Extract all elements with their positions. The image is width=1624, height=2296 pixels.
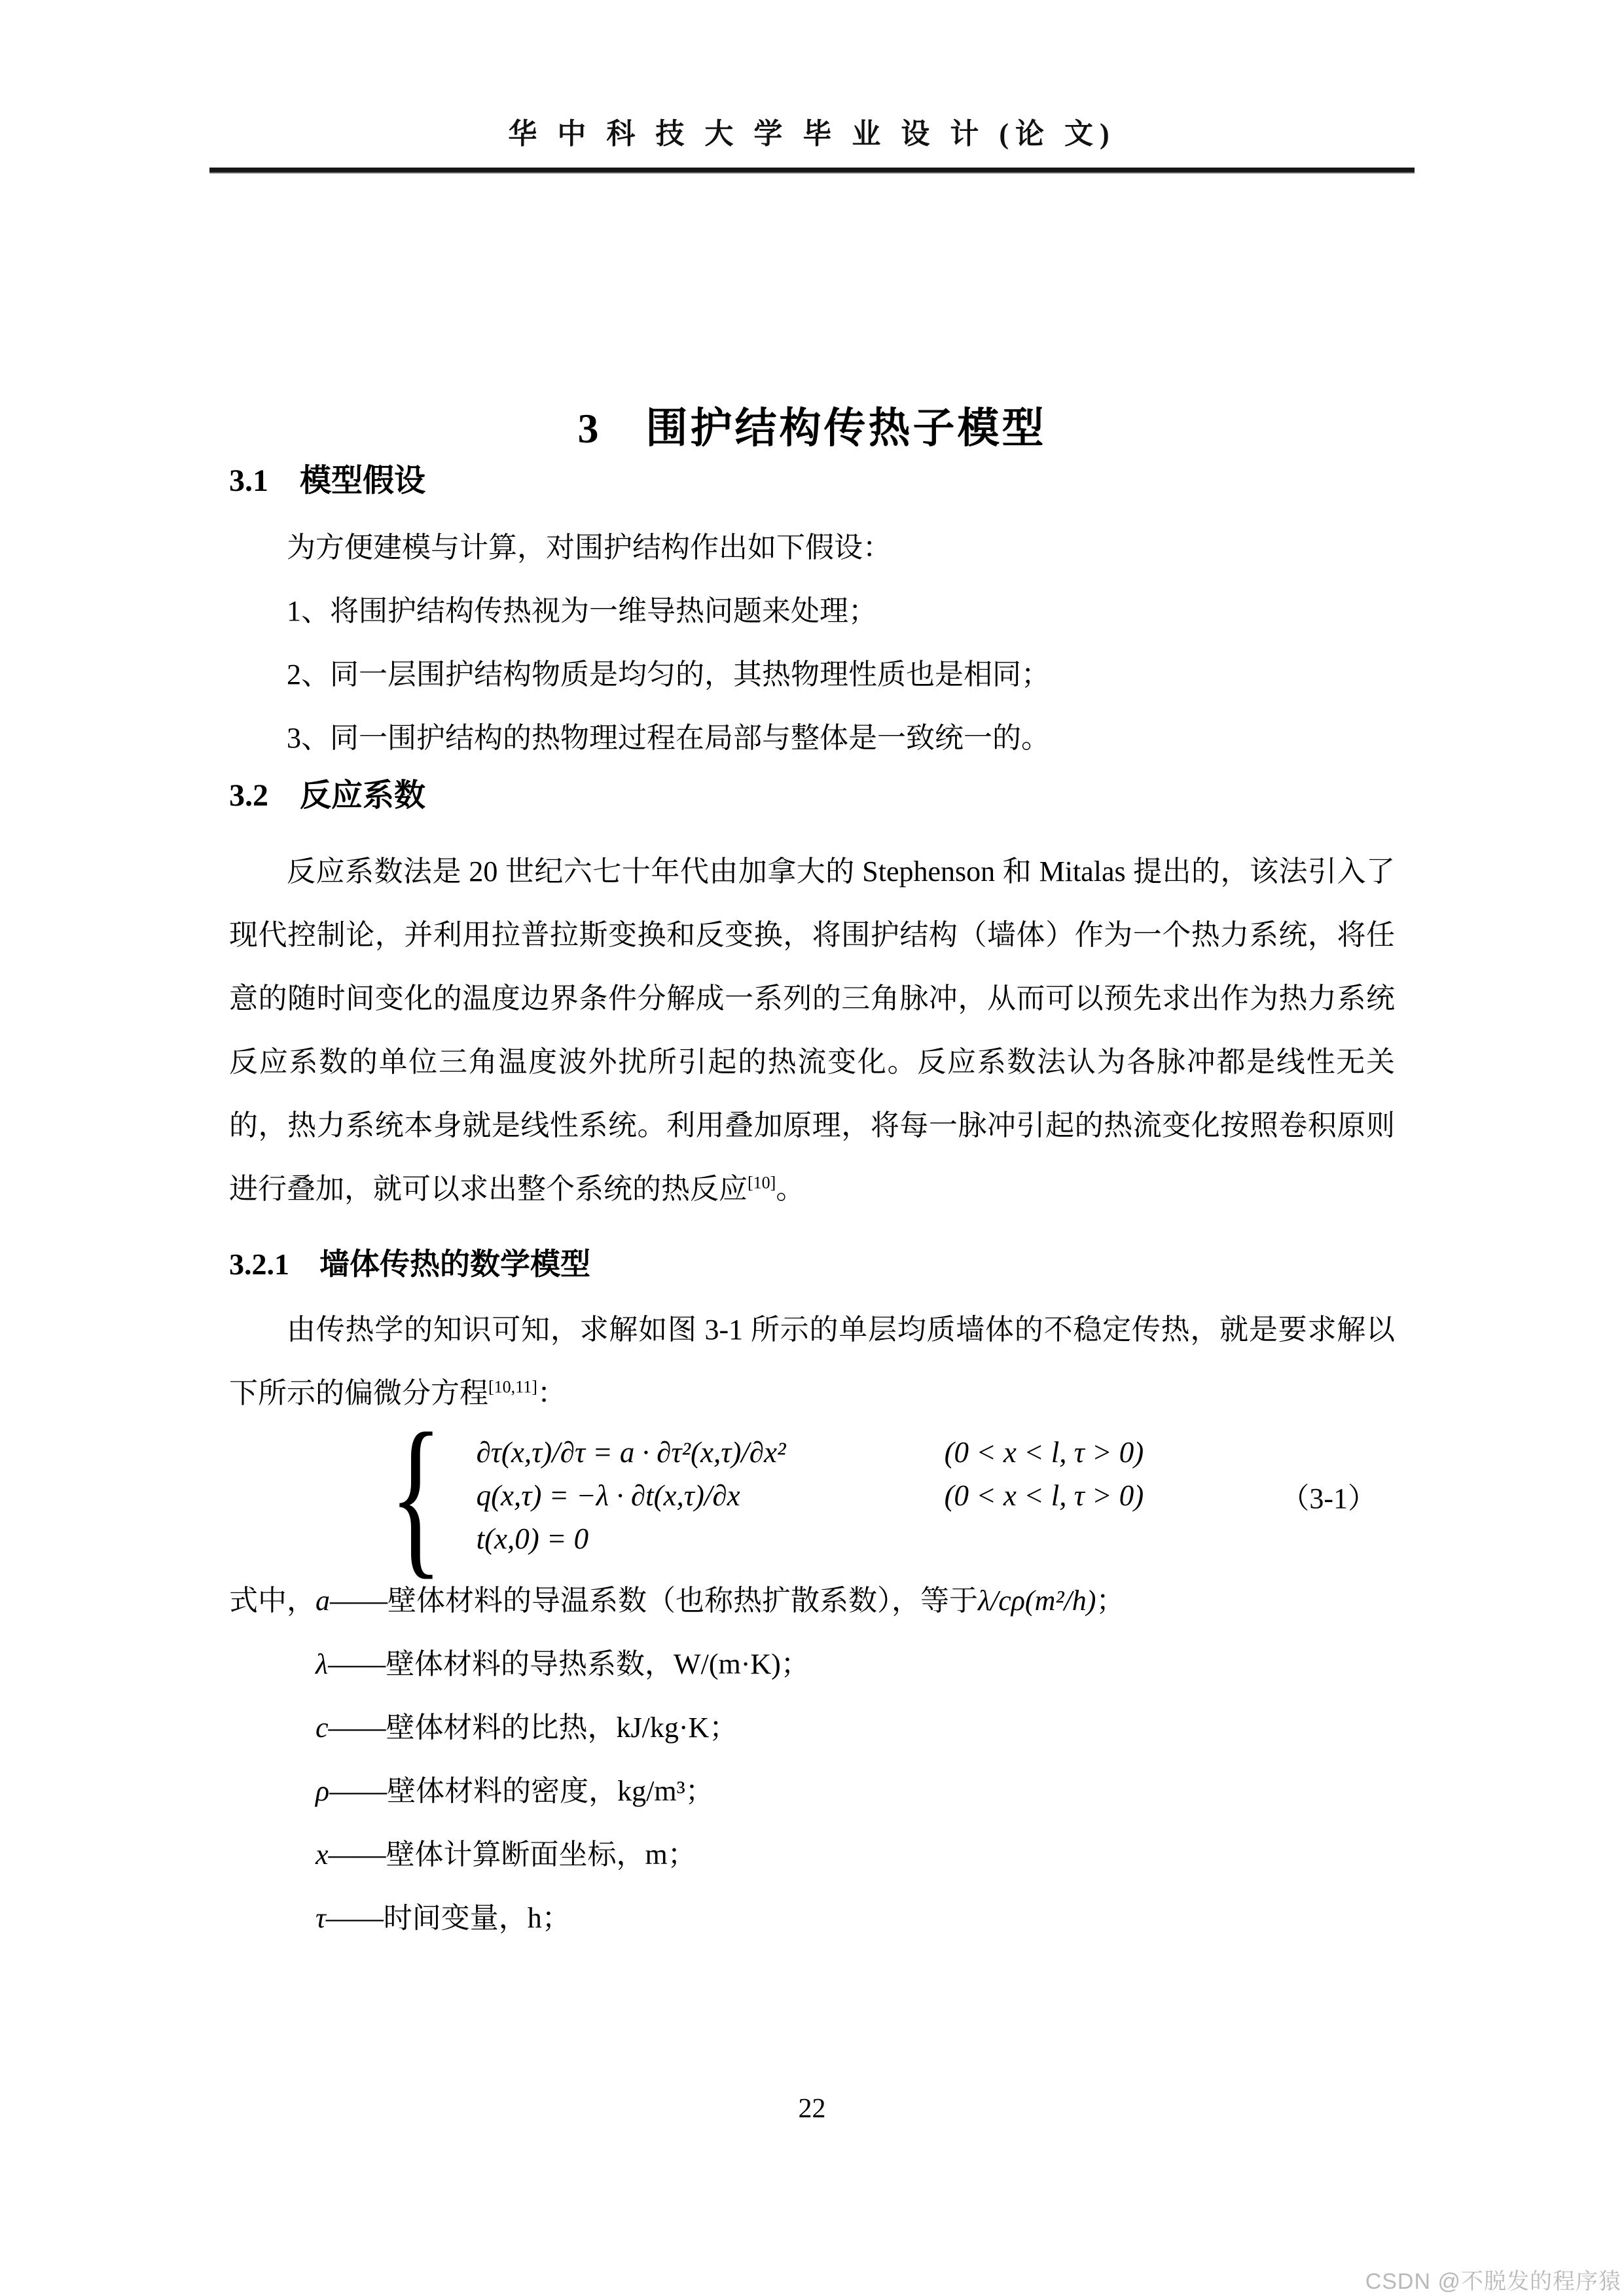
definition-item: x——壁体计算断面坐标，m；	[229, 1823, 1395, 1886]
definition-item: τ——时间变量，h；	[229, 1886, 1395, 1950]
symbol-c: c	[316, 1712, 329, 1744]
equation-expression: q(x,τ) = −λ ∙ ∂t(x,τ)/∂x	[477, 1474, 945, 1517]
symbol-rho: ρ	[316, 1775, 329, 1807]
reaction-coefficient-paragraph: 反应系数法是 20 世纪六七十年代由加拿大的 Stephenson 和 Mita…	[229, 840, 1395, 1221]
definition-dash: ——	[328, 1648, 386, 1680]
paragraph-tail: ：	[537, 1377, 566, 1409]
assumption-item: 1、将围护结构传热视为一维导热问题来处理；	[229, 579, 1395, 643]
definition-text: 壁体材料的比热，kJ/kg·K；	[386, 1712, 738, 1744]
definition-dash: ——	[329, 1775, 387, 1807]
definition-item: λ——壁体材料的导热系数，W/(m·K)；	[229, 1632, 1395, 1696]
document-page: 华 中 科 技 大 学 毕 业 设 计 (论 文) 3 围护结构传热子模型 3.…	[0, 0, 1624, 2296]
page-number: 22	[0, 2093, 1624, 2125]
definition-item: c——壁体材料的比热，kJ/kg·K；	[229, 1696, 1395, 1759]
lead-label: 式中，	[229, 1585, 316, 1617]
section-heading-3-2: 3.2 反应系数	[229, 770, 1395, 815]
equation-row: ∂τ(x,τ)/∂τ = a ∙ ∂τ²(x,τ)/∂x² (0 < x < l…	[477, 1431, 1144, 1474]
assumption-item: 3、同一围护结构的热物理过程在局部与整体是一致统一的。	[229, 706, 1395, 770]
watermark: CSDN @不脱发的程序猿	[1365, 2263, 1621, 2295]
symbol-x: x	[316, 1839, 329, 1871]
definition-dash: ——	[330, 1585, 388, 1617]
definition-item: ρ——壁体材料的密度，kg/m³；	[229, 1759, 1395, 1823]
paragraph-text: 由传热学的知识可知，求解如图 3-1 所示的单层均质墙体的不稳定传热，就是要求解…	[229, 1314, 1395, 1409]
definition-tail: ；	[1096, 1585, 1125, 1617]
assumptions-intro: 为方便建模与计算，对围护结构作出如下假设：	[229, 516, 1395, 579]
definition-text: 时间变量，h；	[384, 1902, 571, 1934]
page-header: 华 中 科 技 大 学 毕 业 设 计 (论 文)	[0, 0, 1624, 173]
header-rule	[209, 168, 1415, 173]
equation-row: t(x,0) = 0	[477, 1517, 1144, 1560]
equation-expression: ∂τ(x,τ)/∂τ = a ∙ ∂τ²(x,τ)/∂x²	[477, 1431, 945, 1474]
equation-number: （3-1）	[1280, 1475, 1377, 1516]
curly-brace-icon: {	[389, 1429, 442, 1562]
definition-text: 壁体计算断面坐标，m；	[386, 1839, 696, 1871]
symbol-tau: τ	[316, 1902, 326, 1934]
assumption-item: 2、同一层围护结构物质是均匀的，其热物理性质也是相同；	[229, 643, 1395, 706]
paragraph-tail: 。	[776, 1173, 804, 1205]
equation-condition: (0 < x < l, τ > 0)	[945, 1474, 1144, 1517]
definition-dash: ——	[326, 1902, 384, 1934]
citation-ref: [10]	[748, 1173, 776, 1192]
equation-condition: (0 < x < l, τ > 0)	[945, 1431, 1144, 1474]
symbol-definitions: 式中，a——壁体材料的导温系数（也称热扩散系数），等于λ/cρ(m²/h)； λ…	[229, 1569, 1395, 1950]
header-title: 华 中 科 技 大 学 毕 业 设 计 (论 文)	[0, 110, 1624, 152]
definition-text: 壁体材料的导热系数，W/(m·K)；	[386, 1648, 810, 1680]
section-heading-3-1: 3.1 模型假设	[229, 455, 1395, 500]
definition-dash: ——	[329, 1712, 386, 1744]
symbol-a: a	[316, 1585, 330, 1617]
definition-formula: λ/cρ(m²/h)	[978, 1585, 1096, 1617]
equation-3-1: { ∂τ(x,τ)/∂τ = a ∙ ∂τ²(x,τ)/∂x² (0 < x <…	[389, 1429, 1395, 1562]
definition-dash: ——	[329, 1839, 386, 1871]
citation-ref: [10,11]	[488, 1377, 537, 1396]
page-content: 3 围护结构传热子模型 3.1 模型假设 为方便建模与计算，对围护结构作出如下假…	[229, 395, 1395, 1950]
definition-text: 壁体材料的导温系数（也称热扩散系数），等于	[388, 1585, 978, 1617]
equation-expression: t(x,0) = 0	[477, 1517, 945, 1560]
assumptions-block: 为方便建模与计算，对围护结构作出如下假设： 1、将围护结构传热视为一维导热问题来…	[229, 516, 1395, 770]
section-heading-3-2-1: 3.2.1 墙体传热的数学模型	[229, 1240, 1395, 1283]
equation-rows: ∂τ(x,τ)/∂τ = a ∙ ∂τ²(x,τ)/∂x² (0 < x < l…	[477, 1431, 1144, 1560]
chapter-title: 3 围护结构传热子模型	[229, 395, 1395, 455]
equation-row: q(x,τ) = −λ ∙ ∂t(x,τ)/∂x (0 < x < l, τ >…	[477, 1474, 1144, 1517]
definition-text: 壁体材料的密度，kg/m³；	[387, 1775, 714, 1807]
symbol-lambda: λ	[316, 1648, 328, 1680]
paragraph-text: 反应系数法是 20 世纪六七十年代由加拿大的 Stephenson 和 Mita…	[229, 855, 1395, 1205]
